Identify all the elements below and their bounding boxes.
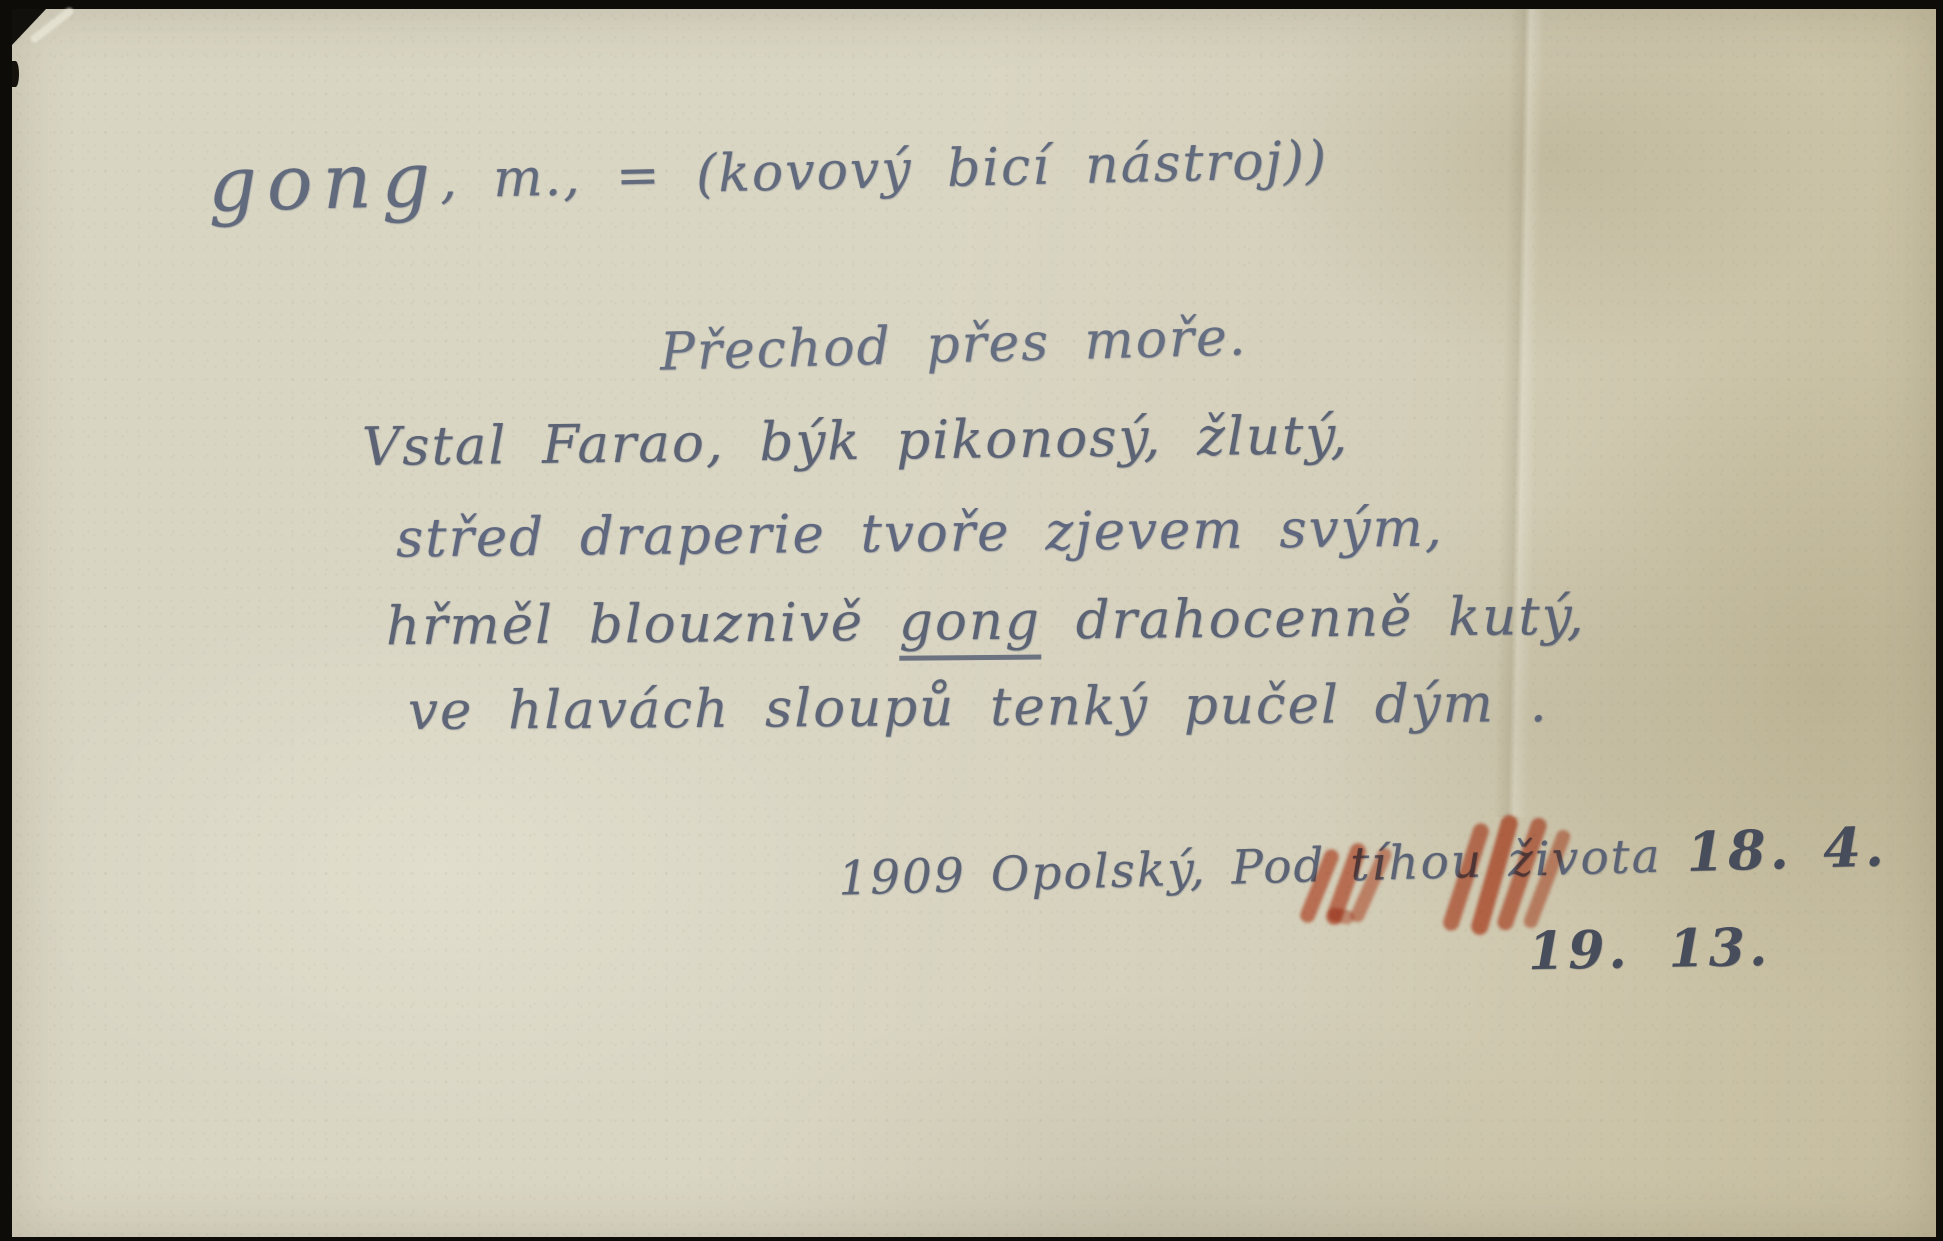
headword: gong	[207, 134, 441, 228]
citation-work-title: Pod tíhou života	[1231, 829, 1663, 896]
verse-line-1: Vstal Farao, býk pikonosý, žlutý,	[362, 405, 1350, 478]
headword-line: gong, m., = (kovový bicí nástroj))	[207, 114, 1329, 228]
verse-line-3-post: drahocenně kutý,	[1041, 586, 1586, 652]
poem-title: Přechod přes moře.	[659, 307, 1248, 382]
headword-gloss: , m., = (kovový bicí nástroj))	[439, 130, 1328, 210]
underlined-word-gong: gong	[899, 591, 1042, 661]
paper-card: gong, m., = (kovový bicí nástroj)) Přech…	[12, 9, 1936, 1237]
verse-line-3: hřměl blouznivě gong drahocenně kutý,	[386, 586, 1586, 657]
scan-edge-speck	[12, 61, 19, 87]
verse-line-4: ve hlavách sloupů tenký pučel dým .	[408, 673, 1549, 742]
scanned-card: gong, m., = (kovový bicí nástroj)) Přech…	[0, 0, 1943, 1241]
verse-line-2: střed draperie tvoře zjevem svým,	[396, 498, 1444, 570]
citation-ref-primary: 18. 4.	[1686, 814, 1889, 884]
citation-ref-secondary: 19. 13.	[1527, 917, 1771, 982]
verse-line-3-pre: hřměl blouznivě	[386, 592, 899, 657]
citation-year-author: 1909 Opolský,	[838, 841, 1208, 906]
